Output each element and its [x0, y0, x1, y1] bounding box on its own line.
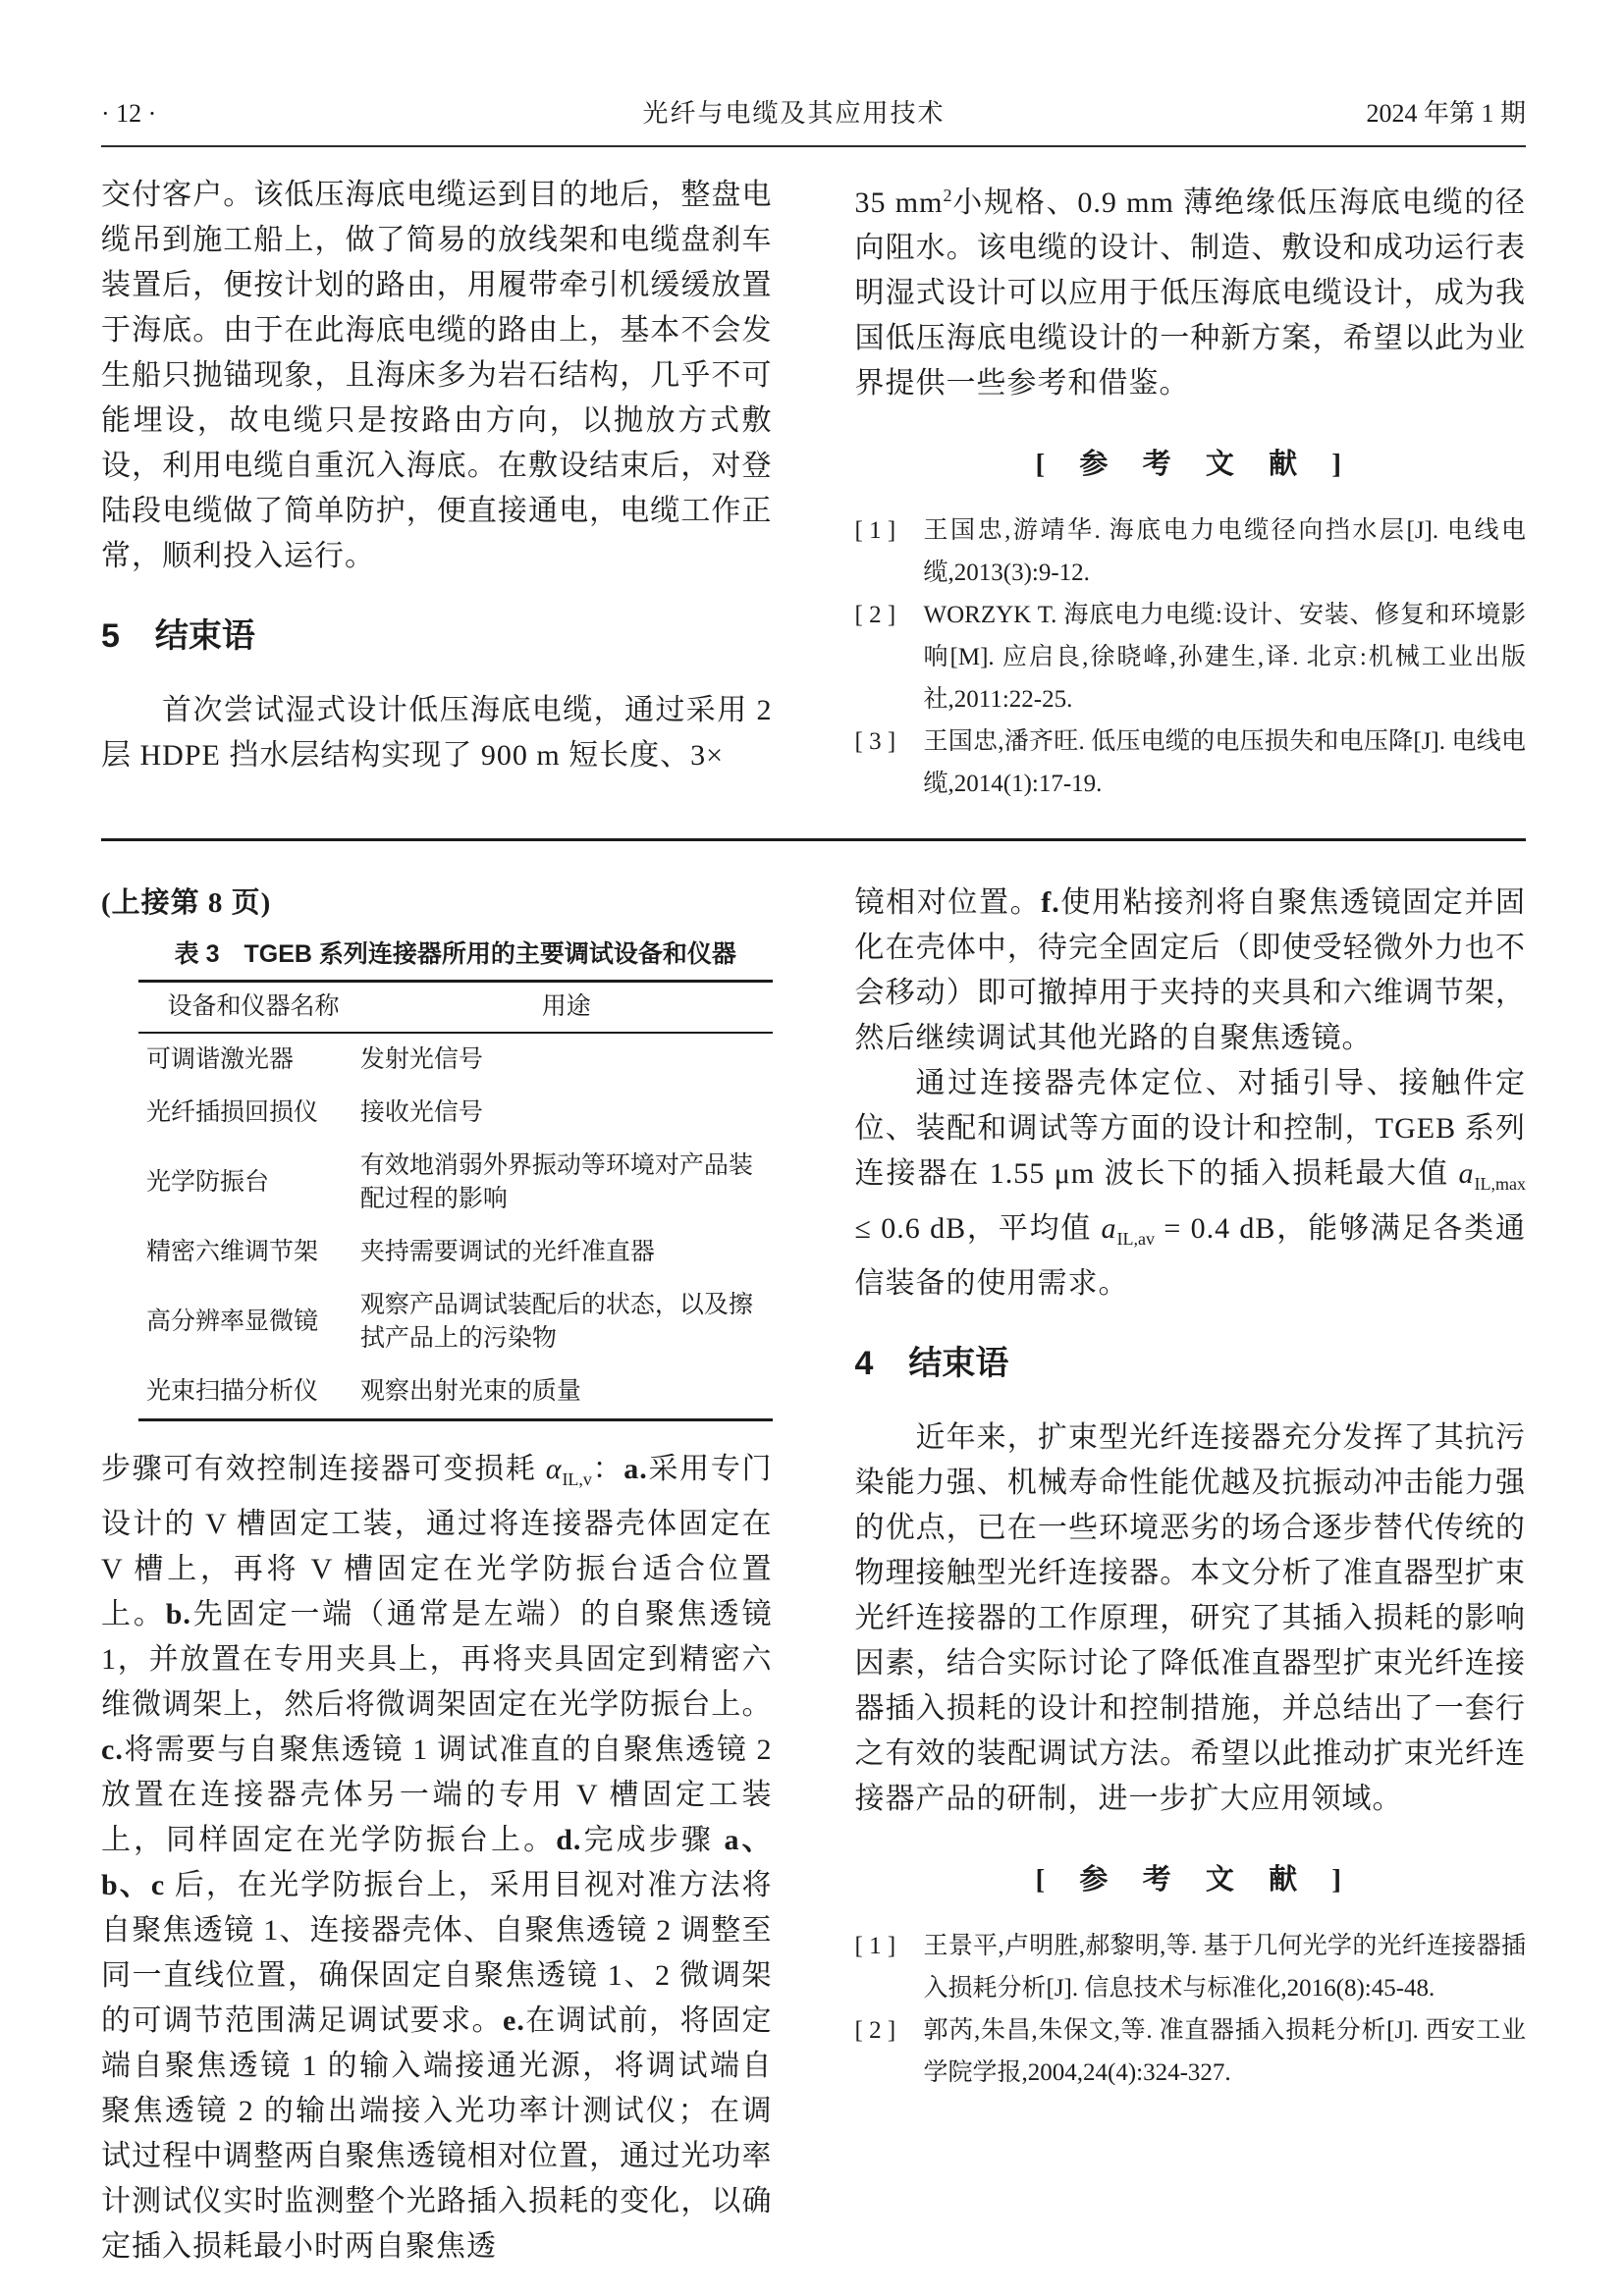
continued-right-column: 镜相对位置。f.使用粘接剂将自聚焦透镜固定并固化在壳体中，待完全固定后（即使受轻… [855, 881, 1527, 2269]
section-4-heading: 4 结束语 [855, 1336, 1527, 1384]
table-row: 光学防振台 有效地消弱外界振动等环境对产品装配过程的影响 [138, 1140, 773, 1226]
reference-list-top: [ 1 ] 王国忠,游靖华. 海底电力电缆径向挡水层[J]. 电线电缆,2013… [855, 509, 1527, 805]
usage-cell: 有效地消弱外界振动等环境对产品装配过程的影响 [360, 1140, 773, 1226]
reference-label: [ 2 ] [855, 2009, 924, 2094]
page-header: · 12 · 光纤与电缆及其应用技术 2024 年第 1 期 [101, 98, 1526, 130]
assembly-steps-paragraph: 步骤可有效控制连接器可变损耗 αIL,v：a.采用专门设计的 V 槽固定工装，通… [101, 1447, 773, 2269]
top-left-column: 交付客户。该低压海底电缆运到目的地后，整盘电缆吊到施工船上，做了简易的放线架和电… [101, 173, 773, 805]
reference-item: [ 3 ] 王国忠,潘齐旺. 低压电缆的电压损失和电压降[J]. 电线电缆,20… [855, 721, 1527, 805]
table-row: 高分辨率显微镜 观察产品调试装配后的状态，以及擦拭产品上的污染物 [138, 1279, 773, 1365]
device-name-cell: 光纤插损回损仪 [138, 1087, 360, 1140]
continued-left-column: (上接第 8 页) 表 3 TGEB 系列连接器所用的主要调试设备和仪器 设备和… [101, 881, 773, 2269]
reference-item: [ 2 ] WORZYK T. 海底电力电缆:设计、安装、修复和环境影响[M].… [855, 594, 1527, 721]
insertion-loss-paragraph: 通过连接器壳体定位、对插引导、接触件定位、装配和调试等方面的设计和控制，TGEB… [855, 1061, 1527, 1307]
reference-label: [ 3 ] [855, 721, 924, 805]
reference-list-bottom: [ 1 ] 王景平,卢明胜,郝黎明,等. 基于几何光学的光纤连接器插入损耗分析[… [855, 1925, 1527, 2094]
device-name-cell: 光学防振台 [138, 1140, 360, 1226]
reference-text: 王国忠,潘齐旺. 低压电缆的电压损失和电压降[J]. 电线电缆,2014(1):… [924, 721, 1527, 805]
reference-label: [ 1 ] [855, 1925, 924, 2009]
conclusion-paragraph-5: 首次尝试湿式设计低压海底电缆，通过采用 2 层 HDPE 挡水层结构实现了 90… [101, 688, 773, 778]
table-row: 光纤插损回损仪 接收光信号 [138, 1087, 773, 1140]
reference-text: 王国忠,游靖华. 海底电力电缆径向挡水层[J]. 电线电缆,2013(3):9-… [924, 509, 1527, 594]
table-row: 可调谐激光器 发射光信号 [138, 1033, 773, 1087]
reference-text: 郭芮,朱昌,朱保文,等. 准直器插入损耗分析[J]. 西安工业学院学报,2004… [924, 2009, 1527, 2094]
table3-caption: 表 3 TGEB 系列连接器所用的主要调试设备和仪器 [138, 934, 773, 970]
continued-from-note: (上接第 8 页) [101, 881, 773, 921]
top-right-column: 35 mm2小规格、0.9 mm 薄绝缘低压海底电缆的径向阻水。该电缆的设计、制… [855, 173, 1527, 805]
section-5-number: 5 [101, 617, 120, 656]
usage-cell: 观察出射光束的质量 [360, 1365, 773, 1420]
header-rule [101, 145, 1526, 147]
section-5-title: 结束语 [155, 609, 255, 657]
page-container: · 12 · 光纤与电缆及其应用技术 2024 年第 1 期 交付客户。该低压海… [0, 0, 1624, 2296]
reference-text: WORZYK T. 海底电力电缆:设计、安装、修复和环境影响[M]. 应启良,徐… [924, 594, 1527, 721]
table3: 设备和仪器名称 用途 可调谐激光器 发射光信号 光纤插损回损仪 接收光信号 光学… [138, 980, 773, 1421]
usage-cell: 夹持需要调试的光纤准直器 [360, 1226, 773, 1279]
section-4-number: 4 [855, 1345, 874, 1383]
top-section: 交付客户。该低压海底电缆运到目的地后，整盘电缆吊到施工船上，做了简易的放线架和电… [101, 173, 1526, 805]
table-row: 精密六维调节架 夹持需要调试的光纤准直器 [138, 1226, 773, 1279]
conclusion-paragraph-4: 近年来，扩束型光纤连接器充分发挥了其抗污染能力强、机械寿命性能优越及抗振动冲击能… [855, 1415, 1527, 1822]
usage-cell: 发射光信号 [360, 1033, 773, 1087]
section-4-title: 结束语 [908, 1336, 1008, 1384]
device-name-cell: 光束扫描分析仪 [138, 1365, 360, 1420]
usage-cell: 观察产品调试装配后的状态，以及擦拭产品上的污染物 [360, 1279, 773, 1365]
reference-text: 王景平,卢明胜,郝黎明,等. 基于几何光学的光纤连接器插入损耗分析[J]. 信息… [924, 1925, 1527, 2009]
radial-waterblock-paragraph: 35 mm2小规格、0.9 mm 薄绝缘低压海底电缆的径向阻水。该电缆的设计、制… [855, 173, 1527, 406]
references-heading-top: [ 参 考 文 献 ] [855, 442, 1527, 482]
section-5-heading: 5 结束语 [101, 609, 773, 657]
reference-item: [ 1 ] 王国忠,游靖华. 海底电力电缆径向挡水层[J]. 电线电缆,2013… [855, 509, 1527, 594]
section-divider [101, 838, 1526, 841]
reference-item: [ 2 ] 郭芮,朱昌,朱保文,等. 准直器插入损耗分析[J]. 西安工业学院学… [855, 2009, 1527, 2094]
table3-col-device: 设备和仪器名称 [138, 982, 360, 1034]
lens-fixing-paragraph: 镜相对位置。f.使用粘接剂将自聚焦透镜固定并固化在壳体中，待完全固定后（即使受轻… [855, 881, 1527, 1061]
reference-item: [ 1 ] 王景平,卢明胜,郝黎明,等. 基于几何光学的光纤连接器插入损耗分析[… [855, 1925, 1527, 2009]
device-name-cell: 高分辨率显微镜 [138, 1279, 360, 1365]
table3-header-row: 设备和仪器名称 用途 [138, 982, 773, 1034]
journal-title: 光纤与电缆及其应用技术 [278, 98, 1310, 130]
device-name-cell: 可调谐激光器 [138, 1033, 360, 1087]
table-row: 光束扫描分析仪 观察出射光束的质量 [138, 1365, 773, 1420]
table3-col-usage: 用途 [360, 982, 773, 1034]
usage-cell: 接收光信号 [360, 1087, 773, 1140]
references-heading-bottom: [ 参 考 文 献 ] [855, 1857, 1527, 1897]
continuation-paragraph: 交付客户。该低压海底电缆运到目的地后，整盘电缆吊到施工船上，做了简易的放线架和电… [101, 173, 773, 579]
continued-section: (上接第 8 页) 表 3 TGEB 系列连接器所用的主要调试设备和仪器 设备和… [101, 881, 1526, 2269]
device-name-cell: 精密六维调节架 [138, 1226, 360, 1279]
issue-label: 2024 年第 1 期 [1310, 98, 1526, 130]
page-number: · 12 · [101, 98, 278, 130]
reference-label: [ 1 ] [855, 509, 924, 594]
reference-label: [ 2 ] [855, 594, 924, 721]
